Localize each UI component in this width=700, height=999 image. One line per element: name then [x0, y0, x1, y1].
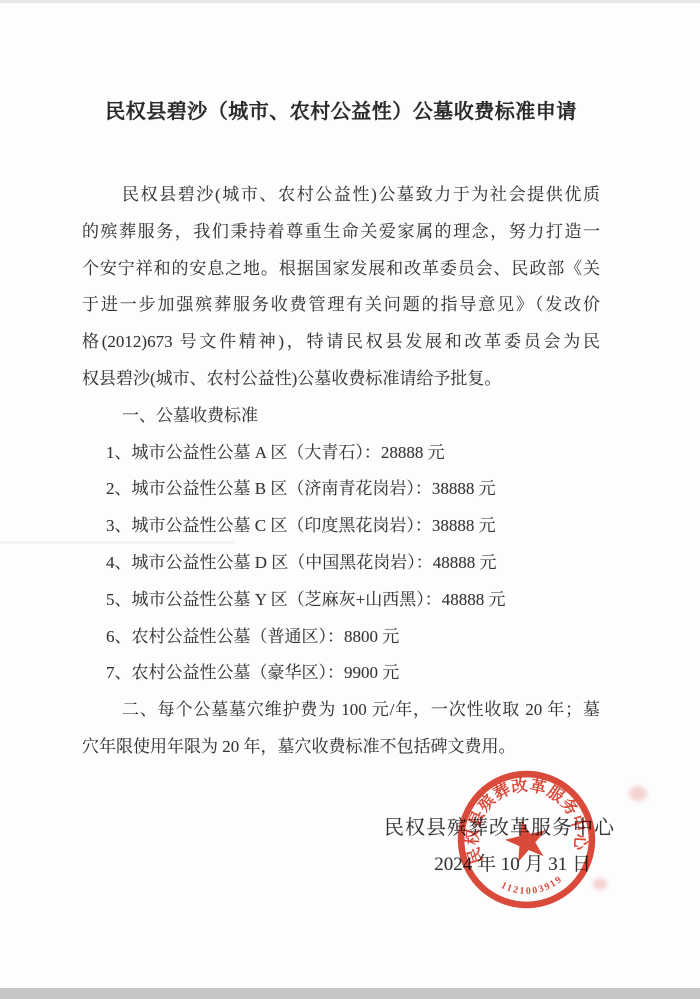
fee-list-item: 6、农村公益性公墓（普通区）：8800 元: [82, 619, 600, 656]
paragraph-line: 于进一步加强殡葬服务收费管理有关问题的指导意见》（发改价: [82, 287, 600, 324]
section-heading: 一、公墓收费标准: [82, 398, 600, 435]
intro-paragraph: 民权县碧沙(城市、农村公益性)公墓致力于为社会提供优质的殡葬服务，我们秉持着尊重…: [82, 177, 600, 398]
paragraph-line: 权县碧沙(城市、农村公益性)公墓收费标准请给予批复。: [82, 361, 600, 398]
maintenance-paragraph: 二、每个公墓墓穴维护费为 100 元/年，一次性收取 20 年；墓穴年限使用年限…: [82, 692, 600, 766]
fee-list-item: 1、城市公益性公墓 A 区（大青石）：28888 元: [82, 435, 600, 472]
fee-list: 1、城市公益性公墓 A 区（大青石）：28888 元2、城市公益性公墓 B 区（…: [82, 435, 600, 693]
fee-list-item: 2、城市公益性公墓 B 区（济南青花岗岩）：38888 元: [82, 471, 600, 508]
paragraph-line: 个安宁祥和的安息之地。根据国家发展和改革委员会、民政部《关: [82, 251, 600, 288]
paragraph-line: 格(2012)673 号文件精神)，特请民权县发展和改革委员会为民: [82, 324, 600, 361]
seal-star-icon: [501, 815, 551, 863]
paragraph-line: 穴年限使用年限为 20 年，墓穴收费标准不包括碑文费用。: [82, 729, 600, 766]
fee-list-item: 4、城市公益性公墓 D 区（中国黑花岗岩）：48888 元: [82, 545, 600, 582]
fee-list-item: 7、农村公益性公墓（豪华区）：9900 元: [82, 655, 600, 692]
scan-edge-bottom: [0, 988, 700, 999]
paragraph-line: 的殡葬服务，我们秉持着尊重生命关爱家属的理念，努力打造一: [82, 214, 600, 251]
seal-ink-smudge: [593, 878, 607, 890]
paragraph-line: 民权县碧沙(城市、农村公益性)公墓致力于为社会提供优质: [82, 177, 600, 214]
fee-list-item: 5、城市公益性公墓 Y 区（芝麻灰+山西黑）：48888 元: [82, 582, 600, 619]
scan-edge-top: [0, 0, 700, 3]
document-title: 民权县碧沙（城市、农村公益性）公墓收费标准申请: [82, 95, 600, 124]
fee-list-item: 3、城市公益性公墓 C 区（印度黑花岗岩）：38888 元: [82, 508, 600, 545]
seal-ink-smudge: [629, 786, 647, 801]
official-red-seal: 民权县殡葬改革服务中心 411210039194: [445, 758, 609, 922]
paragraph-line: 二、每个公墓墓穴维护费为 100 元/年，一次性收取 20 年；墓: [82, 692, 600, 729]
document-body: 民权县碧沙(城市、农村公益性)公墓致力于为社会提供优质的殡葬服务，我们秉持着尊重…: [82, 177, 600, 766]
scanned-document-page: 民权县碧沙（城市、农村公益性）公墓收费标准申请 民权县碧沙(城市、农村公益性)公…: [0, 0, 700, 999]
